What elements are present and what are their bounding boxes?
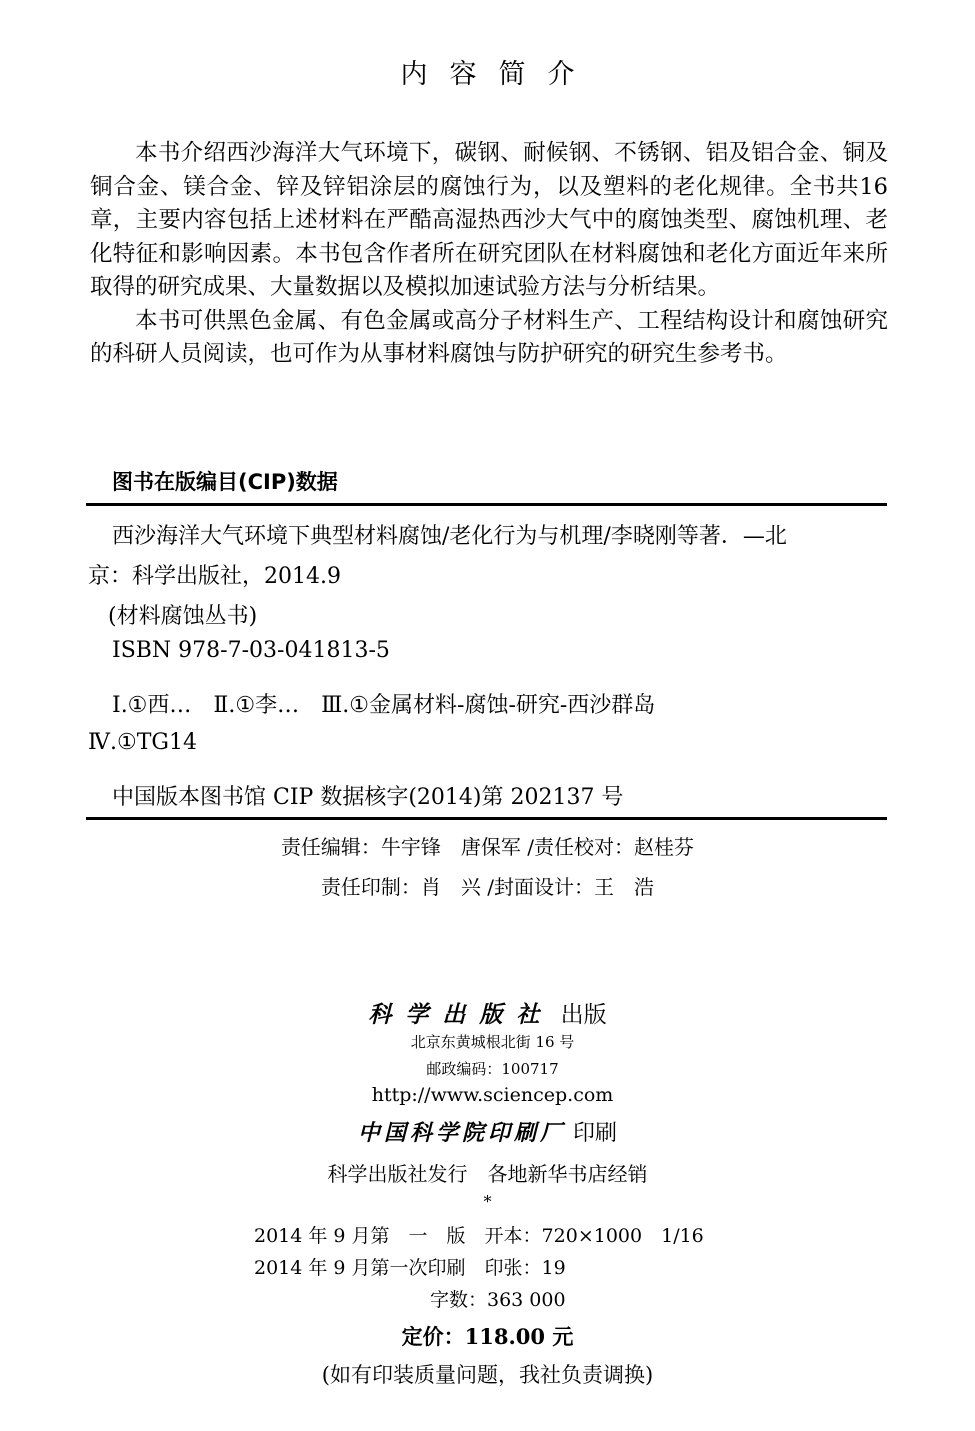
separator-asterisk: *: [0, 1192, 975, 1211]
quality-notice: (如有印装质量问题，我社负责调换): [0, 1359, 975, 1389]
printing-line: 2014 年 9 月第一次印刷 印张：19: [254, 1253, 566, 1280]
credits-line-1: 责任编辑：牛宇锋 唐保军 /责任校对：赵桂芬: [0, 831, 975, 860]
printer-name-logo: 中国科学院印刷厂: [358, 1120, 566, 1146]
cip-bottom-rule: [86, 817, 887, 820]
distribution-line: 科学出版社发行 各地新华书店经销: [0, 1158, 975, 1187]
cip-heading: 图书在版编目(CIP)数据: [112, 466, 338, 496]
publisher-postcode: 邮政编码：100717: [0, 1058, 975, 1079]
credits-line-2: 责任印制：肖 兴 /封面设计：王 浩: [0, 871, 975, 900]
summary-body: 本书介绍西沙海洋大气环境下，碳钢、耐候钢、不锈钢、铝及铝合金、铜及铜合金、镁合金…: [90, 137, 888, 372]
cip-isbn: ISBN 978-7-03-041813-5: [112, 638, 390, 663]
printer-line: 中国科学院印刷厂 印刷: [0, 1116, 975, 1147]
cip-verification: 中国版本图书馆 CIP 数据核字(2014)第 202137 号: [112, 780, 623, 811]
publisher-name-logo: 科学出版社: [368, 1001, 553, 1028]
publisher-line: 科学出版社 出版: [0, 996, 975, 1029]
cip-classification-1: Ⅰ.①西… Ⅱ.①李… Ⅲ.①金属材料-腐蚀-研究-西沙群岛: [112, 688, 655, 719]
cip-classification-2: Ⅳ.①TG14: [88, 730, 197, 755]
edition-line: 2014 年 9 月第 一 版 开本：720×1000 1/16: [254, 1221, 704, 1248]
cip-top-rule: [86, 503, 887, 506]
publisher-address: 北京东黄城根北街 16 号: [0, 1031, 975, 1052]
printer-suffix: 印刷: [573, 1121, 617, 1146]
summary-paragraph-2: 本书可供黑色金属、有色金属或高分子材料生产、工程结构设计和腐蚀研究的科研人员阅读…: [90, 305, 888, 372]
word-count: 字数：363 000: [430, 1285, 566, 1312]
cip-series: (材料腐蚀丛书): [108, 599, 257, 630]
cip-title-line-2: 京：科学出版社，2014.9: [88, 559, 341, 590]
summary-paragraph-1: 本书介绍西沙海洋大气环境下，碳钢、耐候钢、不锈钢、铝及铝合金、铜及铜合金、镁合金…: [90, 137, 888, 305]
price: 定价：118.00 元: [0, 1321, 975, 1351]
publisher-website: http://www.sciencep.com: [0, 1084, 975, 1106]
page-title: 内容简介: [0, 52, 975, 91]
cip-title-line-1: 西沙海洋大气环境下典型材料腐蚀/老化行为与机理/李晓刚等著．—北: [112, 519, 787, 550]
publisher-suffix: 出版: [561, 1002, 607, 1028]
